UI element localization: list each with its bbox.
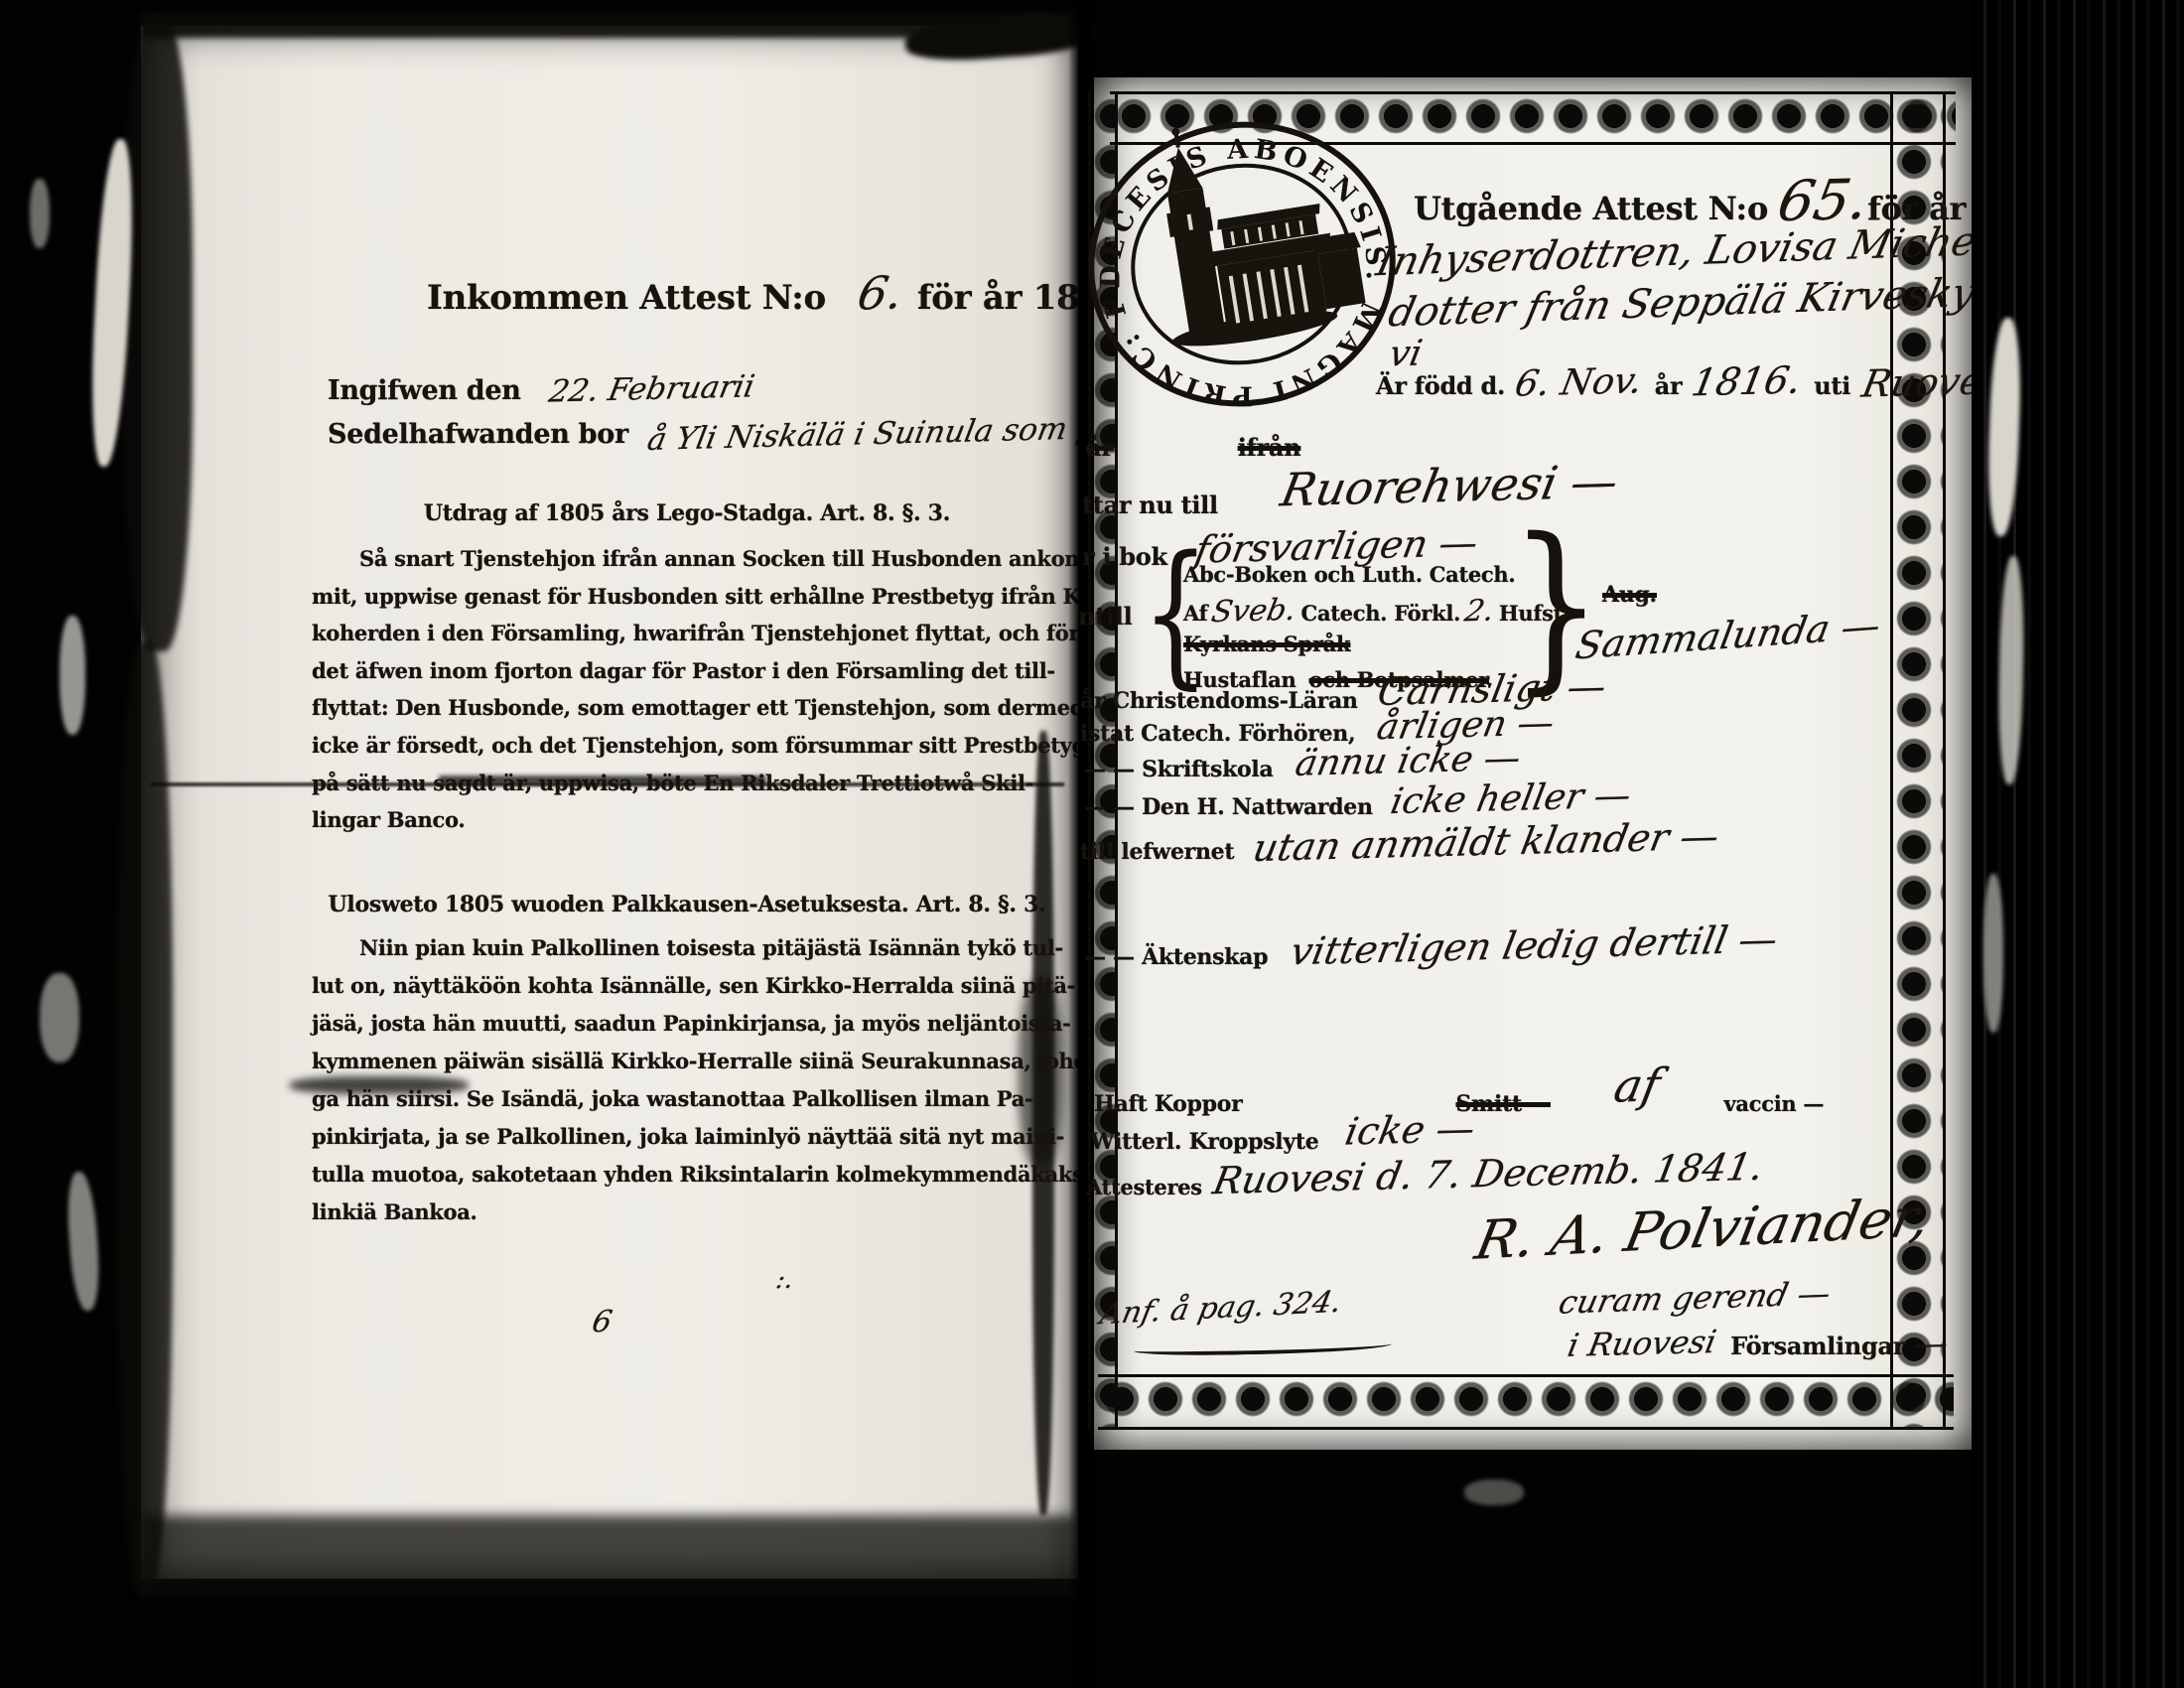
paper-sliver-right-3 <box>1983 874 2003 1033</box>
books-item-3-struck: Kyrkans Språk <box>1183 632 1350 656</box>
attest-in-number: 6. <box>854 265 907 320</box>
paragraph-line: linkiä Bankoa. <box>312 1194 1070 1231</box>
page-reference-note: Anf. å pag. 324. <box>1097 1285 1344 1332</box>
paragraph-line: kymmenen päiwän sisällä Kirkko-Herralle … <box>312 1043 1070 1080</box>
born-year-label: år <box>1655 371 1683 400</box>
communion-label: — — Den H. Nattwarden <box>1084 794 1373 820</box>
bearer-row: Sedelhafwanden bor å Yli Niskälä i Suinu… <box>328 415 1184 451</box>
books-item2-handwritten-book: Sveb. <box>1209 593 1299 630</box>
books-grade-note: Sammalunda — <box>1572 604 1884 668</box>
paragraph-line: mit, uppwise genast för Husbonden sitt e… <box>312 578 1070 616</box>
struck-word-ar: år <box>1086 433 1114 462</box>
speckle-left-2 <box>40 973 79 1062</box>
stray-mark: 6 <box>590 1305 615 1339</box>
born-in-label: uti <box>1814 371 1850 400</box>
paragraph-line: jäsä, josta hän muutti, saadun Papinkirj… <box>312 1005 1070 1043</box>
attest-out-prefix: Utgående Attest N:o <box>1414 190 1768 227</box>
attested-label: Attesteres <box>1086 1175 1202 1199</box>
paragraph-line: lingar Banco. <box>312 801 1070 839</box>
page-reference-underline <box>1134 1338 1392 1357</box>
speckle-left-1 <box>60 616 85 735</box>
confirmation-label: — — Skriftskola <box>1084 757 1273 782</box>
speckle-bottom <box>1464 1479 1524 1505</box>
attested-row: Attesteres Ruovesi d. 7. Decemb. 1841. <box>1086 1160 1761 1203</box>
struck-words-row: år ifrån <box>1086 433 1300 462</box>
conduct-row: till lefwernet utan anmäldt klander — <box>1080 824 1717 868</box>
paragraph-line: pinkirjata, ja se Palkollinen, joka laim… <box>312 1118 1070 1156</box>
paragraph-line: tulla muotoa, sakotetaan yhden Riksintal… <box>312 1156 1070 1194</box>
paragraph-line: Så snart Tjenstehjon ifrån annan Socken … <box>312 540 1070 578</box>
conduct-label: till lefwernet <box>1080 839 1234 865</box>
paragraph-line: ga hän siirsi. Se Isändä, joka wastanott… <box>312 1080 1070 1118</box>
swedish-extract-heading: Utdrag af 1805 års Lego-Stadga. Art. 8. … <box>310 500 1064 526</box>
signature-title: curam gerend — <box>1556 1274 1835 1321</box>
paragraph-line: flyttat: Den Husbonde, som emottager ett… <box>312 689 1070 727</box>
born-row: Är född d. 6. Nov. år 1816. uti Ruovesi … <box>1376 359 2064 403</box>
attest-in-mid: för år 18 <box>917 278 1079 318</box>
books-item2-pre: Af <box>1183 601 1207 626</box>
right-page: DECESIS ABOENSIS. MAGNI PRINC: FIN <box>1094 77 1972 1450</box>
books-item2-mid: Catech. Förkl. <box>1301 601 1461 626</box>
confirmation-value: ännu icke — <box>1292 738 1524 784</box>
marriage-value: vitterligen ledig dertill — <box>1288 917 1782 974</box>
books-item2-handwritten-part: 2. <box>1462 594 1497 630</box>
born-date: 6. Nov. <box>1512 360 1646 404</box>
signature-place-handwritten: i Ruovesi <box>1565 1323 1719 1364</box>
speckle-left-4 <box>30 179 50 248</box>
paragraph-line: på sätt nu sagdt är, uppwisa, böte En Ri… <box>312 765 1070 802</box>
attest-in-prefix: Inkommen Attest N:o <box>427 278 826 318</box>
signature-place-printed: Församlingar <box>1730 1332 1905 1360</box>
books-item-1: Abc-Boken och Luth. Catech. <box>1183 562 1515 587</box>
deformity-label: Witterl. Kroppslyte <box>1090 1129 1318 1155</box>
paragraph-line: det äfwen inom fjorton dagar för Pastor … <box>312 652 1070 690</box>
received-row: Ingifwen den 22. Februarii <box>328 371 753 407</box>
bearer-label: Sedelhafwanden bor <box>328 419 628 450</box>
scanned-document: Inkommen Attest N:o 6. för år 1842. Ingi… <box>0 0 2184 1688</box>
moved-label: ttar nu till <box>1082 491 1218 519</box>
smallpox-handwritten: af <box>1610 1057 1665 1112</box>
finnish-extract-paragraph: Niin pian kuin Palkollinen toisesta pitä… <box>312 929 1070 1231</box>
books-struck-note: Aug. <box>1602 582 1657 608</box>
communion-row: — — Den H. Nattwarden icke heller — <box>1084 782 1630 823</box>
received-value: 22. Februarii <box>546 368 757 409</box>
born-year: 1816. <box>1689 358 1806 405</box>
left-page: Inkommen Attest N:o 6. för år 1842. Ingi… <box>141 26 1078 1579</box>
torn-edge-left <box>123 16 193 651</box>
marriage-row: — — Äktenskap vitterligen ledig dertill … <box>1084 929 1776 973</box>
diocese-seal: DECESIS ABOENSIS. MAGNI PRINC: FIN <box>1055 81 1429 447</box>
speckle-left-3 <box>65 1171 102 1312</box>
stray-mark: :. <box>773 1265 796 1295</box>
paragraph-line: lut on, näyttäköön kohta Isännälle, sen … <box>312 967 1070 1005</box>
deformity-row: Witterl. Kroppslyte icke — <box>1090 1114 1474 1158</box>
deformity-value: icke — <box>1341 1106 1478 1153</box>
attest-in-header: Inkommen Attest N:o 6. för år 1842. <box>427 266 1137 320</box>
signature-flourish: — <box>1913 1325 1952 1363</box>
received-label: Ingifwen den <box>328 375 521 406</box>
marriage-label: — — Äktenskap <box>1084 944 1268 970</box>
paragraph-line: icke är försedt, och det Tjenstehjon, so… <box>312 727 1070 765</box>
paragraph-line: Niin pian kuin Palkollinen toisesta pitä… <box>312 929 1070 967</box>
finnish-extract-heading: Ulosweto 1805 wuoden Palkkausen-Asetukse… <box>310 892 1064 917</box>
swedish-extract-paragraph: Så snart Tjenstehjon ifrån annan Socken … <box>312 540 1070 839</box>
smallpox-vaccin: vaccin — <box>1724 1091 1825 1116</box>
books-side-label: ntill <box>1078 602 1132 631</box>
born-label: Är född d. <box>1376 371 1505 400</box>
border-band-bottom <box>1098 1374 1954 1430</box>
signature-place-row: i Ruovesi Församlingar — <box>1569 1325 1948 1362</box>
struck-word-ifran: ifrån <box>1238 433 1301 462</box>
communion-value: icke heller — <box>1387 775 1634 822</box>
paragraph-line: koherden i den Församling, hwarifrån Tje… <box>312 615 1070 652</box>
shadow-bottom <box>141 1515 1078 1595</box>
book-edge-right <box>1972 0 2184 1688</box>
